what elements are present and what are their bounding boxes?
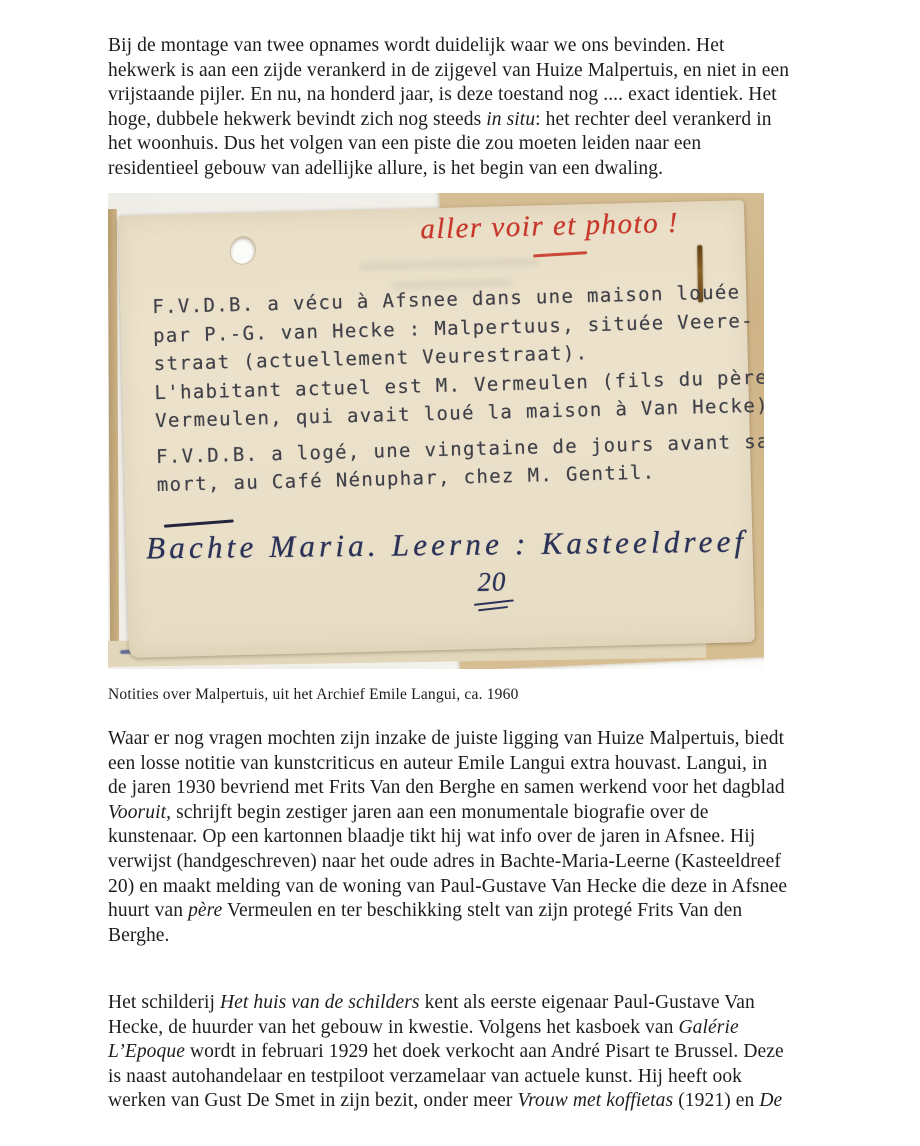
text-line: is naast autohandelaar en testpiloot ver… — [108, 1065, 784, 1090]
text-line: Vooruit, schrijft begin zestiger jaren a… — [108, 801, 787, 826]
text-line: werken van Gust De Smet in zijn bezit, o… — [108, 1089, 784, 1114]
handwritten-address: Bachte Maria. Leerne : Kasteeldreef — [146, 524, 748, 567]
text-line: Berghe. — [108, 924, 787, 949]
text-line: Het schilderij Het huis van de schilders… — [108, 991, 784, 1016]
card-left-edge — [108, 209, 119, 661]
text-line: L’Epoque wordt in februari 1929 het doek… — [108, 1040, 784, 1065]
text-line: huurt van père Vermeulen en ter beschikk… — [108, 899, 787, 924]
text-line: Waar er nog vragen mochten zijn inzake d… — [108, 727, 787, 752]
text-line: hekwerk is aan een zijde verankerd in de… — [108, 59, 789, 84]
text-line: hoge, dubbele hekwerk bevindt zich nog s… — [108, 108, 789, 133]
ink-underline — [474, 599, 514, 606]
text-line: kunstenaar. Op een kartonnen blaadje tik… — [108, 825, 787, 850]
body-paragraph-3: Het schilderij Het huis van de schilders… — [108, 991, 784, 1114]
text-line: verwijst (handgeschreven) naar het oude … — [108, 850, 787, 875]
red-underline-stroke — [533, 251, 587, 257]
red-handwritten-note: aller voir et photo ! — [420, 205, 751, 246]
text-line: residentieel gebouw van adellijke allure… — [108, 157, 789, 182]
ink-bleedthrough — [359, 257, 539, 271]
ink-underline — [478, 606, 508, 612]
index-card: aller voir et photo ! F.V.D.B. a vécu à … — [118, 200, 755, 658]
text-line: de jaren 1930 bevriend met Frits Van den… — [108, 776, 787, 801]
pen-stroke — [164, 519, 234, 527]
text-line: 20) en maakt melding van de woning van P… — [108, 875, 787, 900]
text-line: vrijstaande pijler. En nu, na honderd ja… — [108, 83, 789, 108]
handwritten-number: 20 — [477, 566, 507, 598]
punch-hole — [228, 235, 257, 267]
body-paragraph-2: Waar er nog vragen mochten zijn inzake d… — [108, 727, 787, 948]
text-line: Bij de montage van twee opnames wordt du… — [108, 34, 789, 59]
text-line: het woonhuis. Dus het volgen van een pis… — [108, 132, 789, 157]
scanned-card-photo: aller voir et photo ! F.V.D.B. a vécu à … — [108, 193, 764, 669]
figure-caption: Notities over Malpertuis, uit het Archie… — [108, 686, 519, 704]
article-page: Bij de montage van twee opnames wordt du… — [0, 0, 920, 1146]
text-line: Hecke, de huurder van het gebouw in kwes… — [108, 1016, 784, 1041]
text-line: een losse notitie van kunstcriticus en a… — [108, 752, 787, 777]
typewritten-text: F.V.D.B. a vécu à Afsnee dans une maison… — [152, 277, 764, 499]
body-paragraph-1: Bij de montage van twee opnames wordt du… — [108, 34, 789, 182]
